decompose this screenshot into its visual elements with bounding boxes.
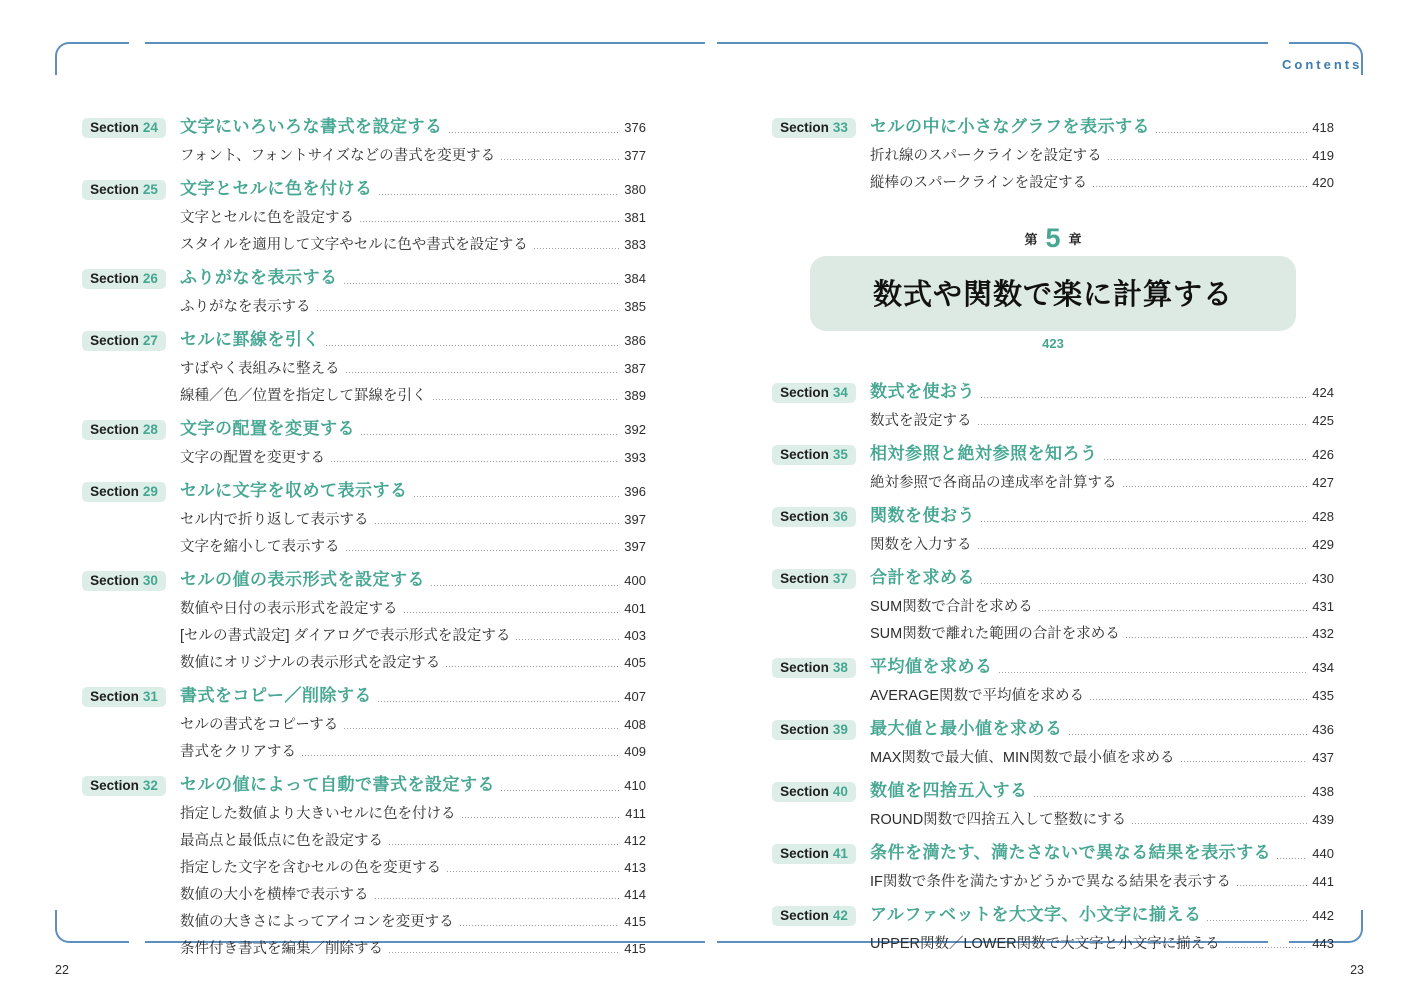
dotted-leader bbox=[414, 496, 620, 497]
dotted-leader bbox=[344, 283, 620, 284]
toc-right-column: Section33セルの中に小さなグラフを表示する418折れ線のスパークラインを… bbox=[772, 112, 1334, 953]
toc-subitem-row: フォント、フォントサイズなどの書式を変更する377 bbox=[82, 144, 646, 165]
section-badge-label: Section bbox=[90, 422, 139, 437]
dotted-leader bbox=[389, 952, 619, 953]
section-number: 26 bbox=[143, 271, 158, 286]
left-page-folio: 22 bbox=[55, 963, 69, 977]
page-number: 427 bbox=[1312, 475, 1334, 490]
toc-section-row: Section34数式を使おう424 bbox=[772, 377, 1334, 403]
page-number: 387 bbox=[624, 361, 646, 376]
dotted-leader bbox=[1207, 920, 1307, 921]
toc-subitem-row: MAX関数で最大値、MIN関数で最小値を求める437 bbox=[772, 746, 1334, 767]
page-number: 407 bbox=[624, 689, 646, 704]
toc-subitem-row: 文字を縮小して表示する397 bbox=[82, 535, 646, 556]
page-number: 385 bbox=[624, 299, 646, 314]
page-number: 397 bbox=[624, 512, 646, 527]
section-number: 29 bbox=[143, 484, 158, 499]
dotted-leader bbox=[1034, 796, 1308, 797]
dotted-leader bbox=[981, 583, 1307, 584]
toc-section-row: Section40数値を四捨五入する438 bbox=[772, 776, 1334, 802]
subitem-title: 最高点と最低点に色を設定する bbox=[180, 829, 383, 850]
section-number: 38 bbox=[833, 660, 848, 675]
chapter-number: 5 bbox=[1045, 223, 1060, 253]
toc-section-row: Section36関数を使おう428 bbox=[772, 501, 1334, 527]
contents-label: Contents bbox=[1282, 57, 1358, 72]
section-number: 32 bbox=[143, 778, 158, 793]
dotted-leader bbox=[344, 728, 619, 729]
section-number: 36 bbox=[833, 509, 848, 524]
page-number: 403 bbox=[624, 628, 646, 643]
page-number: 441 bbox=[1312, 874, 1334, 889]
dotted-leader bbox=[346, 550, 620, 551]
dotted-leader bbox=[1108, 159, 1308, 160]
subitem-title: セル内で折り返して表示する bbox=[180, 508, 369, 529]
section-badge: Section31 bbox=[82, 687, 166, 707]
page-number: 430 bbox=[1312, 571, 1334, 586]
section-badge: Section32 bbox=[82, 776, 166, 796]
page-number: 432 bbox=[1312, 626, 1334, 641]
page-number: 442 bbox=[1312, 908, 1334, 923]
toc-spread: Contents Section24文字にいろいろな書式を設定する376フォント… bbox=[0, 0, 1416, 1000]
dotted-leader bbox=[375, 898, 620, 899]
toc-section-row: Section30セルの値の表示形式を設定する400 bbox=[82, 565, 646, 591]
dotted-leader bbox=[1226, 947, 1308, 948]
toc-section-row: Section42アルファベットを大文字、小文字に揃える442 bbox=[772, 900, 1334, 926]
dotted-leader bbox=[1126, 637, 1308, 638]
page-number: 405 bbox=[624, 655, 646, 670]
toc-section-row: Section37合計を求める430 bbox=[772, 563, 1334, 589]
subitem-title: 数値の大きさによってアイコンを変更する bbox=[180, 910, 454, 931]
dotted-leader bbox=[1104, 459, 1308, 460]
section-badge-label: Section bbox=[780, 784, 829, 799]
toc-subitem-row: 最高点と最低点に色を設定する412 bbox=[82, 829, 646, 850]
toc-subitem-row: 書式をクリアする409 bbox=[82, 740, 646, 761]
section-badge-label: Section bbox=[90, 333, 139, 348]
section-badge-label: Section bbox=[90, 271, 139, 286]
dotted-leader bbox=[1156, 132, 1307, 133]
dotted-leader bbox=[978, 424, 1308, 425]
section-title: セルの中に小さなグラフを表示する bbox=[870, 112, 1150, 137]
dotted-leader bbox=[1069, 734, 1308, 735]
section-title: 文字とセルに色を付ける bbox=[180, 174, 373, 199]
section-badge-label: Section bbox=[90, 182, 139, 197]
section-number: 28 bbox=[143, 422, 158, 437]
page-number: 436 bbox=[1312, 722, 1334, 737]
section-number: 30 bbox=[143, 573, 158, 588]
page-number: 414 bbox=[624, 887, 646, 902]
section-number: 35 bbox=[833, 447, 848, 462]
section-number: 24 bbox=[143, 120, 158, 135]
section-badge-label: Section bbox=[90, 778, 139, 793]
section-badge: Section38 bbox=[772, 658, 856, 678]
page-number: 426 bbox=[1312, 447, 1334, 462]
dotted-leader bbox=[404, 612, 620, 613]
subitem-title: すばやく表組みに整える bbox=[180, 357, 340, 378]
dotted-leader bbox=[431, 585, 619, 586]
section-number: 39 bbox=[833, 722, 848, 737]
subitem-title: セルの書式をコピーする bbox=[180, 713, 338, 734]
page-number: 435 bbox=[1312, 688, 1334, 703]
page-number: 415 bbox=[624, 941, 646, 956]
section-badge: Section40 bbox=[772, 782, 856, 802]
page-number: 424 bbox=[1312, 385, 1334, 400]
dotted-leader bbox=[331, 461, 619, 462]
toc-subitem-row: 文字の配置を変更する393 bbox=[82, 446, 646, 467]
toc-section-row: Section33セルの中に小さなグラフを表示する418 bbox=[772, 112, 1334, 138]
border-top-left-corner bbox=[55, 42, 129, 75]
section-badge-label: Section bbox=[90, 484, 139, 499]
dotted-leader bbox=[501, 159, 619, 160]
subitem-title: MAX関数で最大値、MIN関数で最小値を求める bbox=[870, 746, 1175, 767]
dotted-leader bbox=[460, 925, 620, 926]
section-badge: Section25 bbox=[82, 180, 166, 200]
dotted-leader bbox=[501, 790, 619, 791]
toc-left-column: Section24文字にいろいろな書式を設定する376フォント、フォントサイズな… bbox=[82, 112, 646, 958]
dotted-leader bbox=[1123, 486, 1308, 487]
page-number: 401 bbox=[624, 601, 646, 616]
toc-subitem-row: 折れ線のスパークラインを設定する419 bbox=[772, 144, 1334, 165]
dotted-leader bbox=[447, 871, 619, 872]
page-number: 443 bbox=[1312, 936, 1334, 951]
section-number: 34 bbox=[833, 385, 848, 400]
toc-subitem-row: 文字とセルに色を設定する381 bbox=[82, 206, 646, 227]
page-number: 386 bbox=[624, 333, 646, 348]
section-number: 27 bbox=[143, 333, 158, 348]
section-badge: Section28 bbox=[82, 420, 166, 440]
toc-subitem-row: 数値の大きさによってアイコンを変更する415 bbox=[82, 910, 646, 931]
section-title: 相対参照と絶対参照を知ろう bbox=[870, 439, 1098, 464]
dotted-leader bbox=[999, 672, 1308, 673]
subitem-title: 指定した数値より大きいセルに色を付ける bbox=[180, 802, 456, 823]
chapter-page-number: 423 bbox=[772, 336, 1334, 351]
section-number: 40 bbox=[833, 784, 848, 799]
section-badge: Section30 bbox=[82, 571, 166, 591]
toc-section-row: Section27セルに罫線を引く386 bbox=[82, 325, 646, 351]
section-badge-label: Section bbox=[780, 509, 829, 524]
dotted-leader bbox=[326, 345, 619, 346]
page-number: 418 bbox=[1312, 120, 1334, 135]
toc-section-row: Section32セルの値によって自動で書式を設定する410 bbox=[82, 770, 646, 796]
subitem-title: SUM関数で合計を求める bbox=[870, 595, 1033, 616]
border-top-line-right-page bbox=[717, 42, 1268, 44]
section-title: アルファベットを大文字、小文字に揃える bbox=[870, 900, 1201, 925]
section-badge: Section42 bbox=[772, 906, 856, 926]
toc-section-row: Section39最大値と最小値を求める436 bbox=[772, 714, 1334, 740]
section-badge-label: Section bbox=[780, 846, 829, 861]
dotted-leader bbox=[534, 248, 620, 249]
toc-section-row: Section31書式をコピー／削除する407 bbox=[82, 681, 646, 707]
page-number: 437 bbox=[1312, 750, 1334, 765]
dotted-leader bbox=[516, 639, 619, 640]
section-title: セルに罫線を引く bbox=[180, 325, 320, 350]
toc-subitem-row: IF関数で条件を満たすかどうかで異なる結果を表示する441 bbox=[772, 870, 1334, 891]
dotted-leader bbox=[1237, 885, 1307, 886]
chapter-heading: 第5章 数式や関数で楽に計算する 423 bbox=[772, 224, 1334, 351]
page-number: 428 bbox=[1312, 509, 1334, 524]
page-number: 400 bbox=[624, 573, 646, 588]
section-badge: Section27 bbox=[82, 331, 166, 351]
toc-subitem-row: すばやく表組みに整える387 bbox=[82, 357, 646, 378]
toc-section-row: Section35相対参照と絶対参照を知ろう426 bbox=[772, 439, 1334, 465]
section-badge: Section26 bbox=[82, 269, 166, 289]
section-title: 文字にいろいろな書式を設定する bbox=[180, 112, 443, 137]
page-number: 389 bbox=[624, 388, 646, 403]
page-number: 420 bbox=[1312, 175, 1334, 190]
toc-subitem-row: AVERAGE関数で平均値を求める435 bbox=[772, 684, 1334, 705]
section-title: 文字の配置を変更する bbox=[180, 414, 355, 439]
section-number: 42 bbox=[833, 908, 848, 923]
subitem-title: ふりがなを表示する bbox=[180, 295, 311, 316]
toc-subitem-row: 数式を設定する425 bbox=[772, 409, 1334, 430]
section-title: 平均値を求める bbox=[870, 652, 993, 677]
page-number: 439 bbox=[1312, 812, 1334, 827]
page-number: 440 bbox=[1312, 846, 1334, 861]
page-number: 431 bbox=[1312, 599, 1334, 614]
page-number: 377 bbox=[624, 148, 646, 163]
section-title: セルの値によって自動で書式を設定する bbox=[180, 770, 495, 795]
dotted-leader bbox=[346, 372, 620, 373]
subitem-title: スタイルを適用して文字やセルに色や書式を設定する bbox=[180, 233, 528, 254]
toc-subitem-row: 絶対参照で各商品の達成率を計算する427 bbox=[772, 471, 1334, 492]
page-number: 396 bbox=[624, 484, 646, 499]
page-number: 412 bbox=[624, 833, 646, 848]
subitem-title: 絶対参照で各商品の達成率を計算する bbox=[870, 471, 1117, 492]
subitem-title: SUM関数で離れた範囲の合計を求める bbox=[870, 622, 1120, 643]
page-number: 384 bbox=[624, 271, 646, 286]
subitem-title: ROUND関数で四捨五入して整数にする bbox=[870, 808, 1126, 829]
border-top-line-left-page bbox=[145, 42, 705, 44]
section-badge-label: Section bbox=[780, 722, 829, 737]
dotted-leader bbox=[379, 194, 620, 195]
toc-subitem-row: ROUND関数で四捨五入して整数にする439 bbox=[772, 808, 1334, 829]
chapter-title-box: 数式や関数で楽に計算する bbox=[810, 256, 1296, 331]
section-title: 最大値と最小値を求める bbox=[870, 714, 1063, 739]
section-title: 関数を使おう bbox=[870, 501, 975, 526]
page-number: 410 bbox=[624, 778, 646, 793]
dotted-leader bbox=[449, 132, 620, 133]
toc-section-row: Section24文字にいろいろな書式を設定する376 bbox=[82, 112, 646, 138]
section-number: 33 bbox=[833, 120, 848, 135]
toc-subitem-row: 線種／色／位置を指定して罫線を引く389 bbox=[82, 384, 646, 405]
dotted-leader bbox=[1132, 823, 1307, 824]
section-badge-label: Section bbox=[780, 908, 829, 923]
section-badge-label: Section bbox=[780, 447, 829, 462]
subitem-title: 指定した文字を含むセルの色を変更する bbox=[180, 856, 441, 877]
section-badge: Section34 bbox=[772, 383, 856, 403]
dotted-leader bbox=[981, 397, 1307, 398]
section-title: セルの値の表示形式を設定する bbox=[180, 565, 425, 590]
page-number: 408 bbox=[624, 717, 646, 732]
dotted-leader bbox=[1039, 610, 1308, 611]
subitem-title: フォント、フォントサイズなどの書式を変更する bbox=[180, 144, 495, 165]
toc-subitem-row: 指定した文字を含むセルの色を変更する413 bbox=[82, 856, 646, 877]
subitem-title: 数式を設定する bbox=[870, 409, 972, 430]
toc-subitem-row: スタイルを適用して文字やセルに色や書式を設定する383 bbox=[82, 233, 646, 254]
section-title: 条件を満たす、満たさないで異なる結果を表示する bbox=[870, 838, 1271, 863]
subitem-title: 縦棒のスパークラインを設定する bbox=[870, 171, 1087, 192]
dotted-leader bbox=[981, 521, 1307, 522]
page-number: 393 bbox=[624, 450, 646, 465]
page-number: 381 bbox=[624, 210, 646, 225]
dotted-leader bbox=[978, 548, 1308, 549]
page-number: 376 bbox=[624, 120, 646, 135]
subitem-title: 数値にオリジナルの表示形式を設定する bbox=[180, 651, 440, 672]
toc-subitem-row: 数値にオリジナルの表示形式を設定する405 bbox=[82, 651, 646, 672]
section-badge-label: Section bbox=[90, 120, 139, 135]
toc-subitem-row: [セルの書式設定] ダイアログで表示形式を設定する403 bbox=[82, 624, 646, 645]
page-number: 434 bbox=[1312, 660, 1334, 675]
dotted-leader bbox=[1277, 858, 1307, 859]
toc-subitem-row: 縦棒のスパークラインを設定する420 bbox=[772, 171, 1334, 192]
subitem-title: 条件付き書式を編集／削除する bbox=[180, 937, 383, 958]
section-title: 数値を四捨五入する bbox=[870, 776, 1028, 801]
section-title: セルに文字を収めて表示する bbox=[180, 476, 408, 501]
subitem-title: 線種／色／位置を指定して罫線を引く bbox=[180, 384, 427, 405]
toc-subitem-row: セル内で折り返して表示する397 bbox=[82, 508, 646, 529]
toc-subitem-row: セルの書式をコピーする408 bbox=[82, 713, 646, 734]
right-page-folio: 23 bbox=[1342, 963, 1364, 977]
section-number: 41 bbox=[833, 846, 848, 861]
page-number: 409 bbox=[624, 744, 646, 759]
section-number: 31 bbox=[143, 689, 158, 704]
page-number: 392 bbox=[624, 422, 646, 437]
page-number: 438 bbox=[1312, 784, 1334, 799]
toc-subitem-row: 数値や日付の表示形式を設定する401 bbox=[82, 597, 646, 618]
toc-subitem-row: 指定した数値より大きいセルに色を付ける411 bbox=[82, 802, 646, 823]
subitem-title: IF関数で条件を満たすかどうかで異なる結果を表示する bbox=[870, 870, 1231, 891]
subitem-title: 数値や日付の表示形式を設定する bbox=[180, 597, 398, 618]
section-badge-label: Section bbox=[90, 573, 139, 588]
dotted-leader bbox=[462, 817, 621, 818]
chapter-suffix: 章 bbox=[1069, 232, 1082, 247]
toc-subitem-row: 数値の大小を横棒で表示する414 bbox=[82, 883, 646, 904]
section-badge-label: Section bbox=[780, 660, 829, 675]
section-badge: Section41 bbox=[772, 844, 856, 864]
subitem-title: AVERAGE関数で平均値を求める bbox=[870, 684, 1084, 705]
section-badge-label: Section bbox=[90, 689, 139, 704]
toc-section-row: Section26ふりがなを表示する384 bbox=[82, 263, 646, 289]
section-number: 37 bbox=[833, 571, 848, 586]
chapter-prefix: 第 bbox=[1024, 232, 1037, 247]
section-title: 数式を使おう bbox=[870, 377, 975, 402]
dotted-leader bbox=[389, 844, 619, 845]
toc-subitem-row: 関数を入力する429 bbox=[772, 533, 1334, 554]
toc-subitem-row: SUM関数で合計を求める431 bbox=[772, 595, 1334, 616]
dotted-leader bbox=[360, 221, 619, 222]
toc-subitem-row: 条件付き書式を編集／削除する415 bbox=[82, 937, 646, 958]
page-number: 411 bbox=[625, 806, 646, 821]
dotted-leader bbox=[378, 701, 619, 702]
subitem-title: 折れ線のスパークラインを設定する bbox=[870, 144, 1102, 165]
page-number: 383 bbox=[624, 237, 646, 252]
toc-subitem-row: UPPER関数／LOWER関数で大文字と小文字に揃える443 bbox=[772, 932, 1334, 953]
section-badge: Section29 bbox=[82, 482, 166, 502]
section-title: ふりがなを表示する bbox=[180, 263, 338, 288]
dotted-leader bbox=[446, 666, 619, 667]
section-title: 書式をコピー／削除する bbox=[180, 681, 372, 706]
section-badge: Section33 bbox=[772, 118, 856, 138]
page-number: 429 bbox=[1312, 537, 1334, 552]
dotted-leader bbox=[361, 434, 619, 435]
section-badge: Section36 bbox=[772, 507, 856, 527]
dotted-leader bbox=[1181, 761, 1308, 762]
section-badge: Section35 bbox=[772, 445, 856, 465]
page-number: 415 bbox=[624, 914, 646, 929]
subitem-title: 文字を縮小して表示する bbox=[180, 535, 340, 556]
section-badge-label: Section bbox=[780, 385, 829, 400]
section-badge-label: Section bbox=[780, 120, 829, 135]
section-number: 25 bbox=[143, 182, 158, 197]
section-badge: Section24 bbox=[82, 118, 166, 138]
toc-section-row: Section41条件を満たす、満たさないで異なる結果を表示する440 bbox=[772, 838, 1334, 864]
toc-section-row: Section25文字とセルに色を付ける380 bbox=[82, 174, 646, 200]
dotted-leader bbox=[1090, 699, 1307, 700]
section-badge-label: Section bbox=[780, 571, 829, 586]
toc-section-row: Section29セルに文字を収めて表示する396 bbox=[82, 476, 646, 502]
section-badge: Section39 bbox=[772, 720, 856, 740]
chapter-title: 数式や関数で楽に計算する bbox=[873, 279, 1233, 311]
subitem-title: 文字とセルに色を設定する bbox=[180, 206, 354, 227]
dotted-leader bbox=[302, 755, 619, 756]
page-number: 425 bbox=[1312, 413, 1334, 428]
page-number: 413 bbox=[624, 860, 646, 875]
dotted-leader bbox=[375, 523, 620, 524]
subitem-title: 書式をクリアする bbox=[180, 740, 296, 761]
toc-right-top-sections: Section33セルの中に小さなグラフを表示する418折れ線のスパークラインを… bbox=[772, 112, 1334, 192]
dotted-leader bbox=[1093, 186, 1307, 187]
toc-subitem-row: SUM関数で離れた範囲の合計を求める432 bbox=[772, 622, 1334, 643]
subitem-title: 文字の配置を変更する bbox=[180, 446, 325, 467]
dotted-leader bbox=[433, 399, 620, 400]
subitem-title: [セルの書式設定] ダイアログで表示形式を設定する bbox=[180, 624, 510, 645]
dotted-leader bbox=[317, 310, 620, 311]
section-badge: Section37 bbox=[772, 569, 856, 589]
section-title: 合計を求める bbox=[870, 563, 975, 588]
page-number: 397 bbox=[624, 539, 646, 554]
page-number: 419 bbox=[1312, 148, 1334, 163]
toc-section-row: Section28文字の配置を変更する392 bbox=[82, 414, 646, 440]
chapter-label: 第5章 bbox=[772, 224, 1334, 254]
toc-section-row: Section38平均値を求める434 bbox=[772, 652, 1334, 678]
page-number: 380 bbox=[624, 182, 646, 197]
toc-subitem-row: ふりがなを表示する385 bbox=[82, 295, 646, 316]
subitem-title: 数値の大小を横棒で表示する bbox=[180, 883, 369, 904]
subitem-title: 関数を入力する bbox=[870, 533, 972, 554]
toc-right-bottom-sections: Section34数式を使おう424数式を設定する425Section35相対参… bbox=[772, 377, 1334, 953]
subitem-title: UPPER関数／LOWER関数で大文字と小文字に揃える bbox=[870, 932, 1220, 953]
